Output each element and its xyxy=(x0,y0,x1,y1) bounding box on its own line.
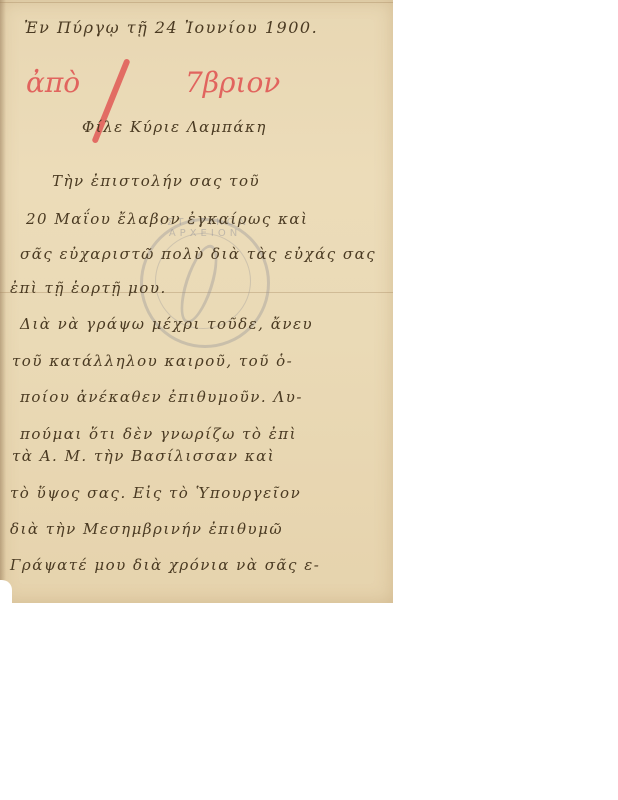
page-edge-shadow xyxy=(0,0,6,603)
body-line: ποίου ἀνέκαθεν ἐπιθυμοῦν. Λυ- xyxy=(20,388,303,406)
torn-corner xyxy=(0,580,12,604)
date-line: Ἐν Πύργῳ τῇ 24 Ἰουνίου 1900. xyxy=(24,18,318,37)
body-line: ἐπὶ τῇ ἑορτῇ μου. xyxy=(10,279,167,297)
body-line: τὰ Α. Μ. τὴν Βασίλισσαν καὶ xyxy=(12,447,275,465)
body-line: τοῦ κατάλληλου καιροῦ, τοῦ ὁ- xyxy=(12,352,293,370)
letter-page: ΙΣΤΟΡΙΚΟΝ ΑΡΧΕΙΟΝ Ἐν Πύργῳ τῇ 24 Ἰουνίου… xyxy=(0,0,393,603)
body-line: Τὴν ἐπιστολήν σας τοῦ xyxy=(52,172,260,190)
body-line: Γράψατέ μου διὰ χρόνια νὰ σᾶς ε- xyxy=(10,556,320,574)
red-annotation-left: ἀπὸ xyxy=(26,66,80,99)
salutation: Φίλε Κύριε Λαμπάκη xyxy=(82,118,267,136)
body-line: 20 Μαΐου ἔλαβον ἐγκαίρως καὶ xyxy=(26,210,308,228)
red-annotation-right: 7βριον xyxy=(185,66,280,99)
body-line: διὰ τὴν Μεσημβρινήν ἐπιθυμῶ xyxy=(10,520,283,538)
body-line: Διὰ νὰ γράψω μέχρι τοῦδε, ἄνευ xyxy=(20,315,313,333)
top-fold-line xyxy=(0,2,393,3)
body-line: τὸ ὕψος σας. Εἰς τὸ Ὑπουργεῖον xyxy=(10,484,301,502)
body-line: πούμαι ὅτι δὲν γνωρίζω τὸ ἐπὶ xyxy=(20,425,297,443)
body-line: σᾶς εὐχαριστῶ πολὺ διὰ τὰς εὐχάς σας xyxy=(20,245,376,263)
